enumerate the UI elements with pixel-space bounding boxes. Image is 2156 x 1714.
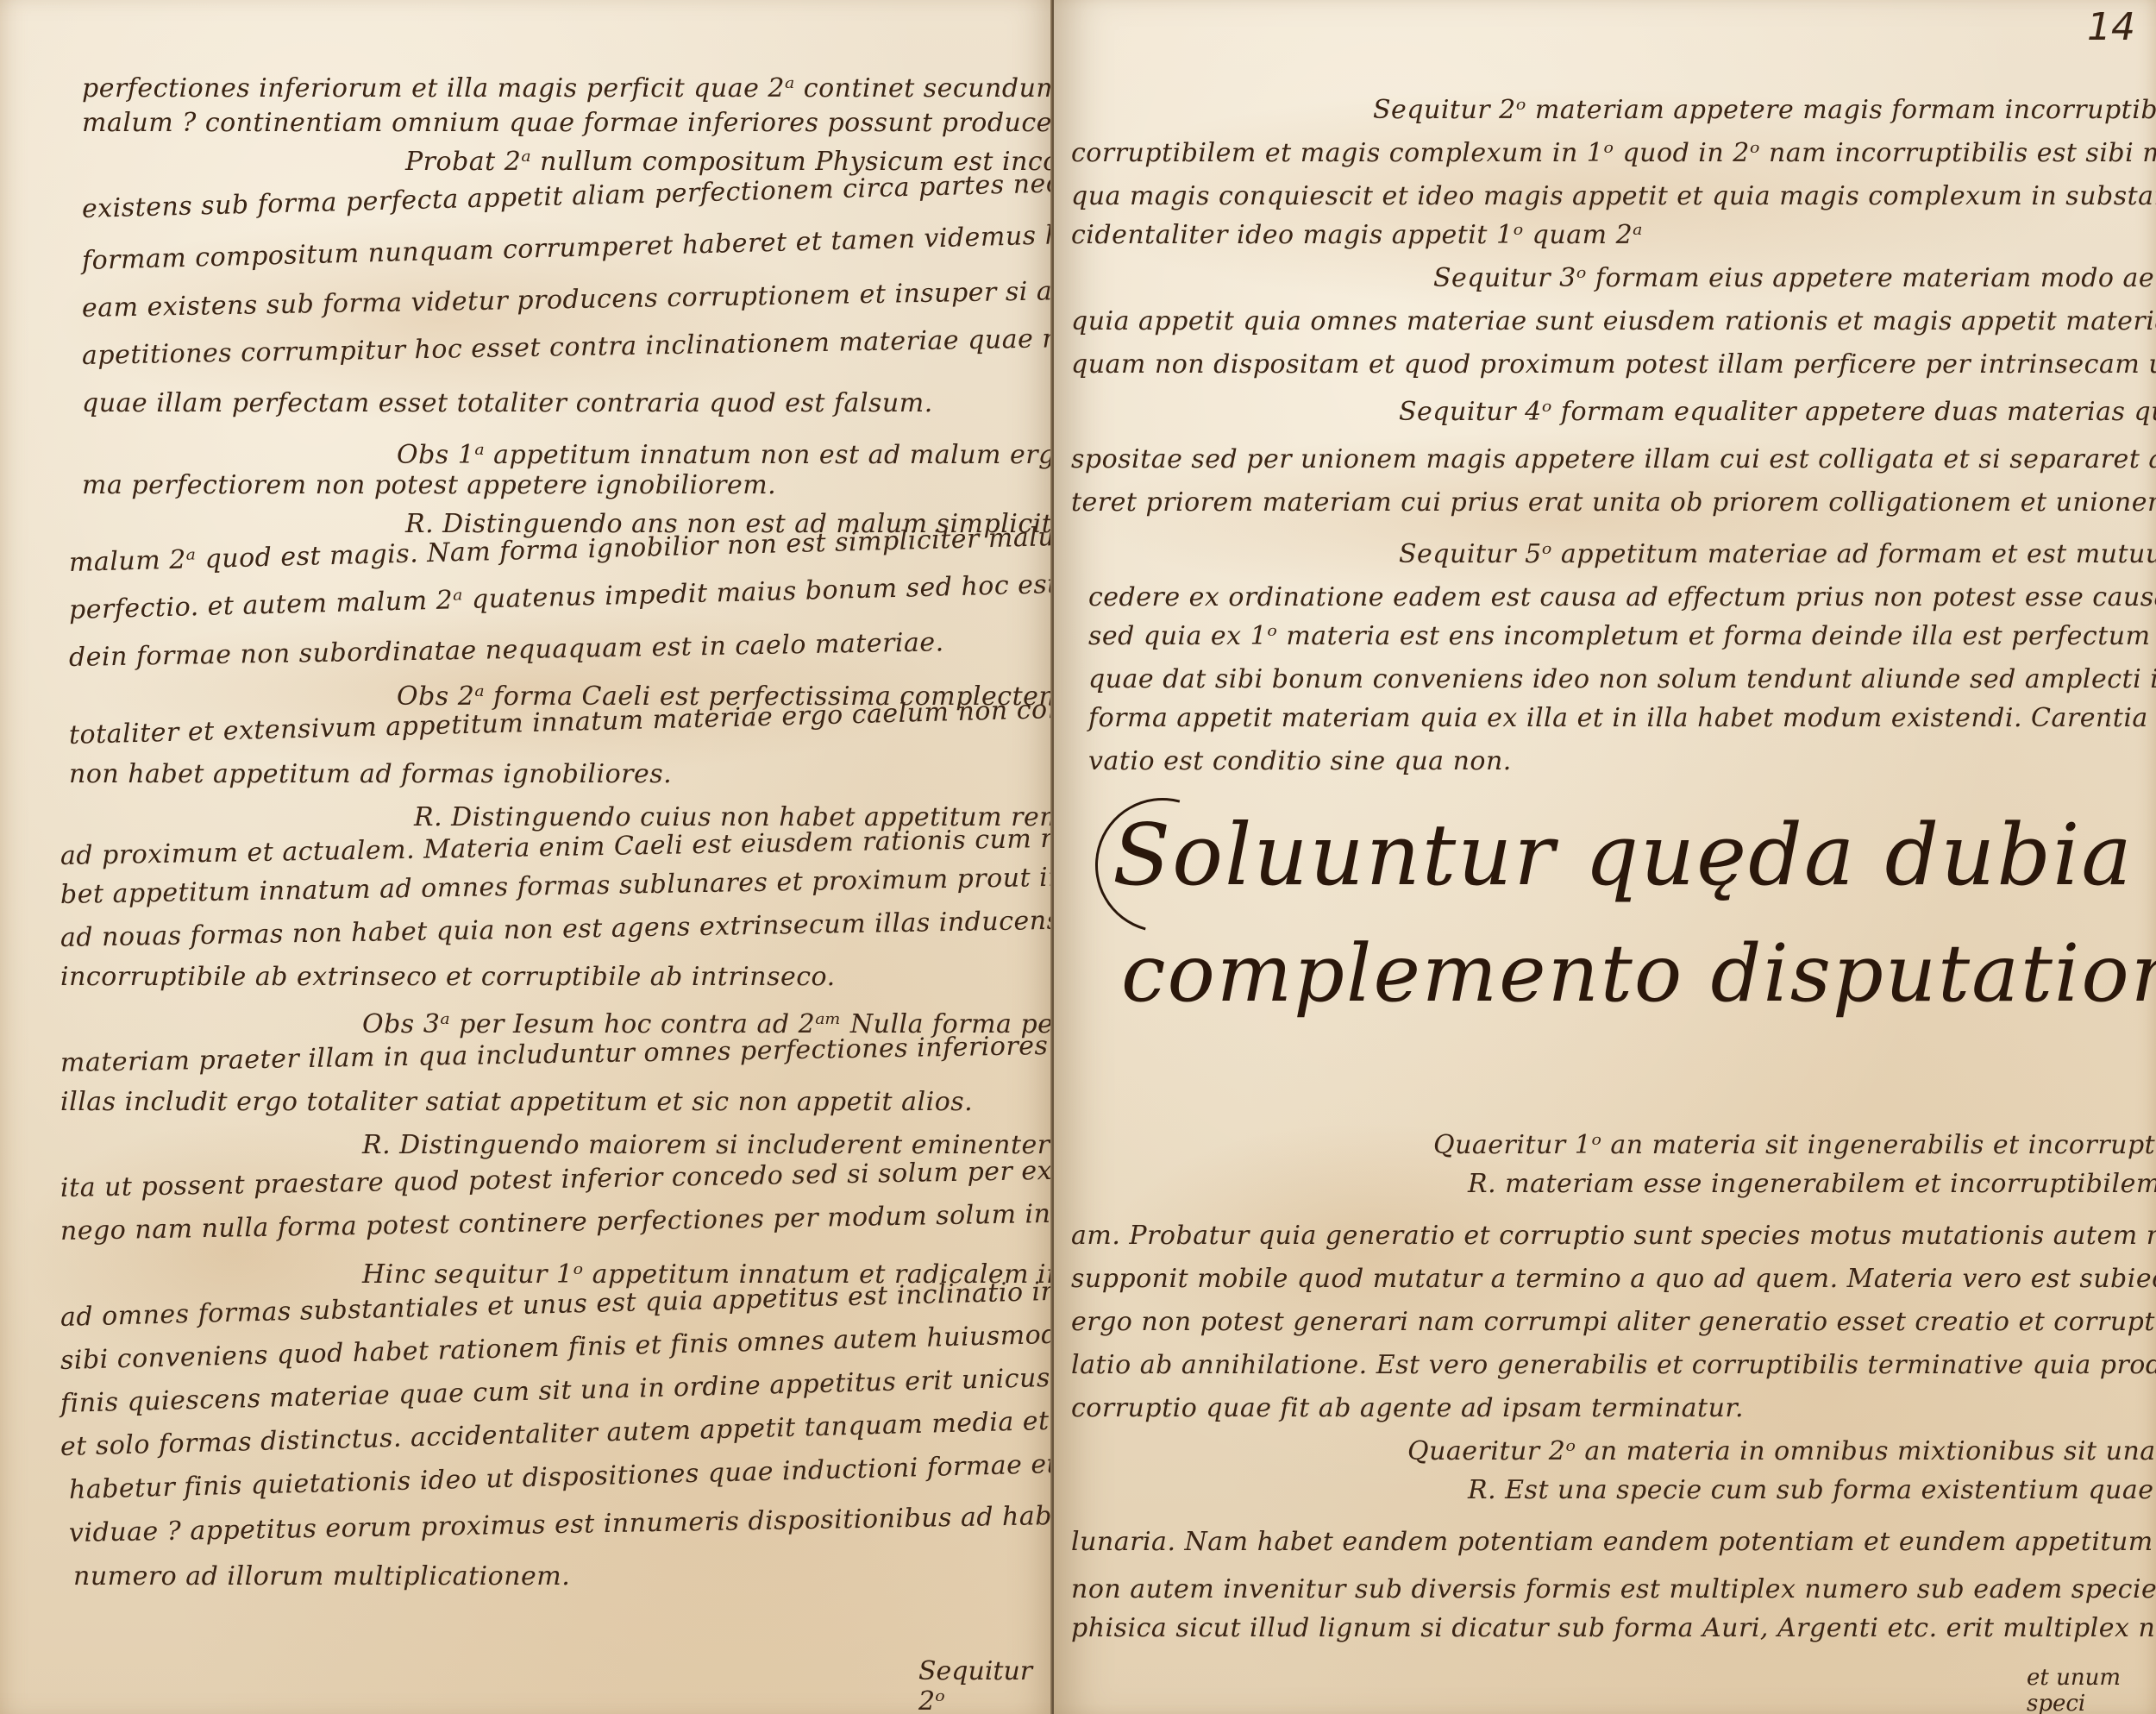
text-line: Sequitur 3ᵒ formam eius appetere materia…	[1433, 263, 2156, 293]
text-line: supponit mobile quod mutatur a termino a…	[1071, 1264, 2156, 1294]
catchword: et unum speci	[2027, 1665, 2156, 1714]
text-line: numero ad illorum multiplicationem.	[73, 1561, 570, 1592]
text-line: non autem invenitur sub diversis formis …	[1071, 1574, 2156, 1604]
text-line: quae illam perfectam esset totaliter con…	[82, 388, 933, 418]
text-line: Quaeritur 1ᵒ an materia sit ingenerabili…	[1433, 1130, 2156, 1160]
text-line: Obs 1ᵃ appetitum innatum non est ad malu…	[397, 440, 1054, 470]
text-line: perfectiones inferiorum et illa magis pe…	[82, 73, 1054, 104]
text-line: Sequitur 2ᵒ materiam appetere magis form…	[1373, 95, 2156, 125]
text-line: Quaeritur 2ᵒ an materia in omnibus mixti…	[1407, 1436, 2156, 1466]
text-line: forma appetit materiam quia ex illa et i…	[1088, 703, 2156, 733]
text-line: quam non dispositam et quod proximum pot…	[1071, 349, 2156, 380]
text-line: non habet appetitum ad formas ignobilior…	[69, 759, 672, 789]
text-line: R. materiam esse ingenerabilem et incorr…	[1468, 1169, 2156, 1199]
text-line: incorruptibile ab extrinseco et corrupti…	[60, 962, 836, 992]
text-line: corruptio quae fit ab agente ad ipsam te…	[1071, 1393, 1744, 1423]
text-line: phisica sicut illud lignum si dicatur su…	[1071, 1613, 2156, 1643]
text-line: R. Distinguendo maiorem si includerent e…	[362, 1130, 1054, 1160]
text-line: lunaria. Nam habet eandem potentiam eand…	[1071, 1527, 2156, 1557]
text-line: qua magis conquiescit et ideo magis appe…	[1071, 181, 2156, 211]
text-line: spositae sed per unionem magis appetere …	[1071, 444, 2156, 474]
text-line: ma perfectiorem non potest appetere igno…	[82, 470, 776, 500]
text-line: am. Probatur quia generatio et corruptio…	[1071, 1221, 2156, 1251]
text-line: Sequitur 4ᵒ formam equaliter appetere du…	[1399, 397, 2156, 427]
text-line: teret priorem materiam cui prius erat un…	[1071, 487, 2156, 518]
text-line: vatio est conditio sine qua non.	[1088, 746, 1512, 776]
text-line: ad nouas formas non habet quia non est a…	[60, 901, 1054, 953]
folio-number: 14	[2087, 5, 2135, 49]
manuscript-spread: perfectiones inferiorum et illa magis pe…	[0, 0, 2156, 1714]
text-line: illas includit ergo totaliter satiat app…	[60, 1087, 973, 1117]
text-line: quae dat sibi bonum conveniens ideo non …	[1088, 664, 2156, 694]
left-page: perfectiones inferiorum et illa magis pe…	[0, 0, 1054, 1714]
text-line: cidentaliter ideo magis appetit 1ᵒ quam …	[1071, 220, 1643, 250]
text-line: viduae ? appetitus eorum proximus est in…	[69, 1494, 1054, 1548]
text-line: R. Est una specie cum sub forma existent…	[1468, 1475, 2156, 1505]
text-line: Sequitur 5ᵒ appetitum materiae ad formam…	[1399, 539, 2156, 569]
text-line: malum ? continentiam omnium quae formae …	[82, 108, 1054, 138]
text-line: quia appetit quia omnes materiae sunt ei…	[1071, 306, 2156, 336]
text-line: ergo non potest generari nam corrumpi al…	[1071, 1307, 2156, 1337]
water-stain	[1106, 1121, 1623, 1380]
text-line: corruptibilem et magis complexum in 1ᵒ q…	[1071, 138, 2156, 168]
section-heading-line-2: complemento disputationis	[1121, 927, 2156, 1020]
text-line: cedere ex ordinatione eadem est causa ad…	[1088, 582, 2156, 612]
section-heading-line-1: Soluuntur quęda dubia pro	[1112, 807, 2156, 905]
text-line: sed quia ex 1ᵒ materia est ens incomplet…	[1088, 621, 2156, 651]
text-line: latio ab annihilatione. Est vero generab…	[1071, 1350, 2156, 1380]
catchword: Sequitur 2ᵒ	[918, 1656, 1054, 1714]
